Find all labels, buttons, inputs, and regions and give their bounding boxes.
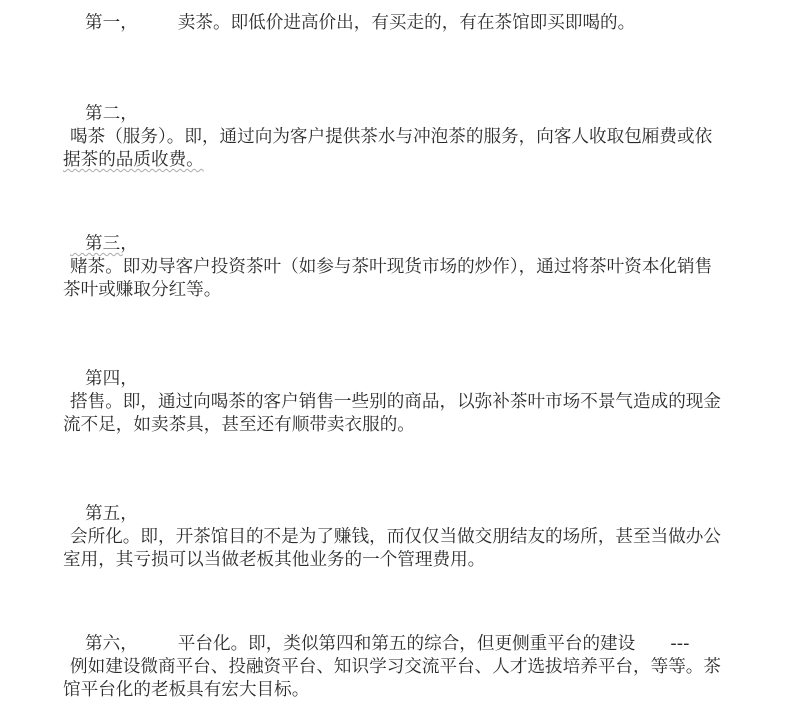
list-item-section-3: 第三，赌茶。即劝导客户投资茶叶（如参与茶叶现货市场的炒作），通过将茶叶资本化销售… bbox=[63, 233, 774, 302]
list-item-section-2: 第二，喝茶（服务）。即，通过向为客户提供茶水与冲泡茶的服务，向客人收取包厢费或依… bbox=[63, 103, 774, 172]
item-heading-line: 第四， bbox=[63, 368, 774, 391]
list-item-section-4: 第四，搭售。即，通过向喝茶的客户销售一些别的商品，以弥补茶叶市场不景气造成的现金… bbox=[63, 368, 774, 437]
text-line: 喝茶（服务）。即，通过向为客户提供茶水与冲泡茶的服务，向客人收取包厢费或依 bbox=[63, 126, 774, 149]
item-heading-line: 第五， bbox=[63, 503, 774, 526]
text-line: 室用，其亏损可以当做老板其他业务的一个管理费用。 bbox=[63, 549, 774, 572]
document-body[interactable]: 第一，卖茶。即低价进高价出，有买走的，有在茶馆即买即喝的。第二，喝茶（服务）。即… bbox=[0, 0, 792, 713]
item-number-label: 第四， bbox=[85, 369, 138, 389]
spellcheck-overlined-text: 赌茶。 bbox=[70, 257, 123, 277]
item-number-label: 第三， bbox=[85, 234, 138, 254]
item-inline-text: 平台化。即，类似第四和第五的综合，但更侧重平台的建设 --- bbox=[178, 634, 690, 654]
text-line: 流不足，如卖茶具，甚至还有顺带卖衣服的。 bbox=[63, 414, 774, 437]
text-line: 会所化。即，开茶馆目的不是为了赚钱，而仅仅当做交朋结友的场所，甚至当做办公 bbox=[63, 526, 774, 549]
item-heading-line: 第三， bbox=[63, 233, 774, 256]
text-line: 赌茶。即劝导客户投资茶叶（如参与茶叶现货市场的炒作），通过将茶叶资本化销售 bbox=[63, 256, 774, 279]
item-inline-text: 卖茶。即低价进高价出，有买走的，有在茶馆即买即喝的。 bbox=[178, 13, 635, 33]
list-item-section-5: 第五，会所化。即，开茶馆目的不是为了赚钱，而仅仅当做交朋结友的场所，甚至当做办公… bbox=[63, 503, 774, 572]
text-line: 馆平台化的老板具有宏大目标。 bbox=[63, 679, 774, 702]
text-line: 据茶的品质收费。 bbox=[63, 149, 774, 172]
text-line: 搭售。即，通过向喝茶的客户销售一些别的商品，以弥补茶叶市场不景气造成的现金 bbox=[63, 391, 774, 414]
spellcheck-underlined-text: 据茶的品质收费。 bbox=[63, 150, 204, 170]
item-heading-line: 第六，平台化。即，类似第四和第五的综合，但更侧重平台的建设 --- bbox=[63, 633, 774, 656]
item-number-label: 第五， bbox=[85, 504, 138, 524]
text-line: 茶叶或赚取分红等。 bbox=[63, 279, 774, 302]
list-item-section-6: 第六，平台化。即，类似第四和第五的综合，但更侧重平台的建设 ---例如建设微商平… bbox=[63, 633, 774, 702]
list-item-section-1: 第一，卖茶。即低价进高价出，有买走的，有在茶馆即买即喝的。 bbox=[63, 12, 774, 35]
item-number-label: 第二， bbox=[85, 104, 138, 124]
item-number-label: 第六， bbox=[85, 634, 138, 654]
item-number-label: 第一， bbox=[85, 13, 138, 33]
item-heading-line: 第二， bbox=[63, 103, 774, 126]
item-heading-line: 第一，卖茶。即低价进高价出，有买走的，有在茶馆即买即喝的。 bbox=[63, 12, 774, 35]
text-line: 例如建设微商平台、投融资平台、知识学习交流平台、人才选拔培养平台，等等。茶 bbox=[63, 656, 774, 679]
